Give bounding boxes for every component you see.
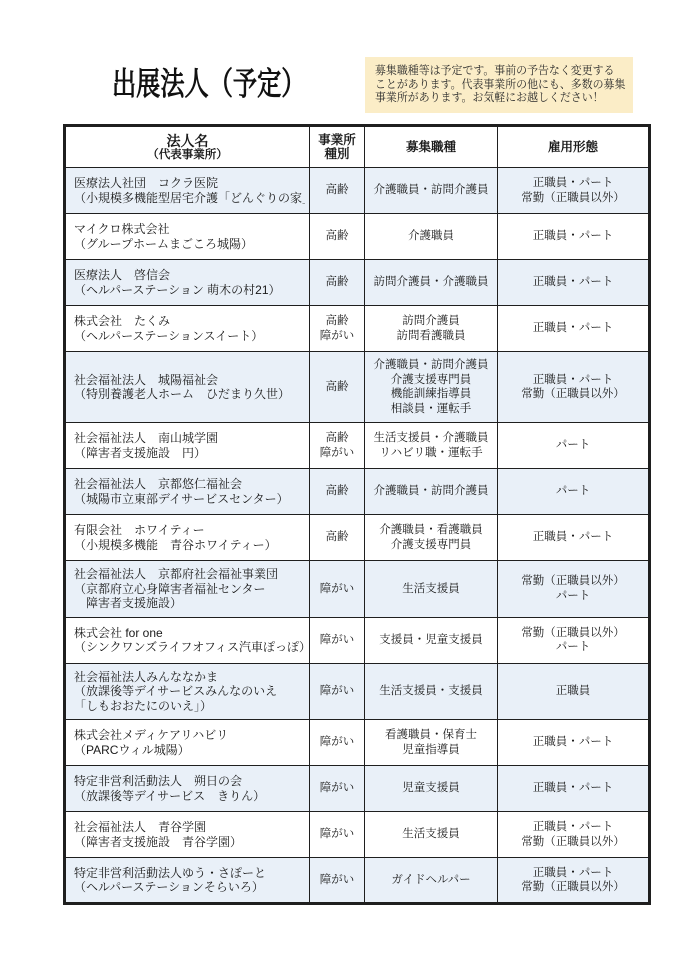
cell-text-line: 介護支援専門員 <box>368 538 494 553</box>
cell-text-line: 高齢 <box>313 530 361 545</box>
corporation-name-cell: 株式会社 たくみ（ヘルパーステーションスイート） <box>65 306 310 352</box>
cell-text-line: 「しもおおたにのいえ」） <box>74 699 305 714</box>
cell-text-line: 正職員・パート <box>501 735 645 750</box>
cell-text-line: 正職員・パート <box>501 176 645 191</box>
cell-text-line: 児童指導員 <box>368 743 494 758</box>
table-row: 有限会社 ホワイティー（小規模多機能 青谷ホワイティー）高齢介護職員・看護職員介… <box>65 515 650 561</box>
cell-text-line: 常勤（正職員以外） <box>501 574 645 589</box>
cell-text-line: 高齢 <box>313 484 361 499</box>
employment-cell: 正職員・パート常勤（正職員以外） <box>498 168 650 214</box>
cell-text-line: （障害者支援施設 青谷学園） <box>74 835 305 850</box>
positions-cell: 介護職員・訪問介護員介護支援専門員機能訓練指導員相談員・運転手 <box>365 352 498 423</box>
cell-text-line: （城陽市立東部デイサービスセンター） <box>74 492 305 507</box>
cell-text-line: 介護職員 <box>368 229 494 244</box>
cell-text-line: 正職員 <box>501 684 645 699</box>
cell-text-line: 高齢 <box>313 229 361 244</box>
cell-text-line: 高齢 <box>313 275 361 290</box>
cell-text-line: 特定非営利活動法人ゆう・さぽーと <box>74 866 305 881</box>
cell-text-line: 訪問介護員・介護職員 <box>368 275 494 290</box>
office-type-cell: 障がい <box>310 561 365 618</box>
cell-text-line: （ヘルパーステーションスイート） <box>74 329 305 344</box>
cell-text-line: （グループホームまごころ城陽） <box>74 237 305 252</box>
office-type-cell: 障がい <box>310 617 365 663</box>
employment-cell: パート <box>498 423 650 469</box>
cell-text-line: 社会福祉法人 城陽福祉会 <box>74 373 305 388</box>
table-row: 社会福祉法人みんななかま（放課後等デイサービスみんなのいえ「しもおおたにのいえ」… <box>65 663 650 720</box>
column-header-employment: 雇用形態 <box>498 126 650 168</box>
cell-text-line: 医療法人社団 コクラ医院 <box>74 176 305 191</box>
cell-text-line: 正職員・パート <box>501 781 645 796</box>
cell-text-line: 障がい <box>313 827 361 842</box>
cell-text-line: 正職員・パート <box>501 321 645 336</box>
table-row: 医療法人 啓信会（ヘルパーステーション 萌木の村21）高齢訪問介護員・介護職員正… <box>65 260 650 306</box>
office-type-cell: 高齢 <box>310 352 365 423</box>
document-page: 出展法人（予定） 募集職種等は予定です。事前の予告なく変更する ことがあります。… <box>0 0 678 960</box>
office-type-cell: 高齢障がい <box>310 423 365 469</box>
cell-text-line: 生活支援員・支援員 <box>368 684 494 699</box>
office-type-cell: 障がい <box>310 663 365 720</box>
positions-cell: 生活支援員・支援員 <box>365 663 498 720</box>
employment-cell: 正職員・パート <box>498 515 650 561</box>
cell-text-line: パート <box>501 438 645 453</box>
office-type-cell: 障がい <box>310 766 365 812</box>
table-row: 社会福祉法人 青谷学園（障害者支援施設 青谷学園）障がい生活支援員正職員・パート… <box>65 812 650 858</box>
corporation-name-cell: 社会福祉法人 城陽福祉会（特別養護老人ホーム ひだまり久世） <box>65 352 310 423</box>
cell-text-line: 株式会社 for one <box>74 626 305 641</box>
column-header-office-type: 事業所 種別 <box>310 126 365 168</box>
table-row: 株式会社 たくみ（ヘルパーステーションスイート）高齢障がい訪問介護員訪問看護職員… <box>65 306 650 352</box>
office-type-cell: 高齢 <box>310 168 365 214</box>
column-header-corporation-sub: （代表事業所） <box>68 149 307 162</box>
cell-text-line: （ヘルパーステーション 萌木の村21） <box>74 283 305 298</box>
positions-cell: 児童支援員 <box>365 766 498 812</box>
cell-text-line: 生活支援員 <box>368 582 494 597</box>
table-row: 社会福祉法人 南山城学園（障害者支援施設 円）高齢障がい生活支援員・介護職員リハ… <box>65 423 650 469</box>
cell-text-line: ガイドヘルパー <box>368 873 494 888</box>
cell-text-line: 生活支援員 <box>368 827 494 842</box>
cell-text-line: 障がい <box>313 781 361 796</box>
positions-cell: 支援員・児童支援員 <box>365 617 498 663</box>
cell-text-line: （特別養護老人ホーム ひだまり久世） <box>74 387 305 402</box>
table-row: 特定非営利活動法人 朔日の会（放課後等デイサービス きりん）障がい児童支援員正職… <box>65 766 650 812</box>
positions-cell: 生活支援員 <box>365 561 498 618</box>
employment-cell: パート <box>498 469 650 515</box>
corporation-name-cell: 特定非営利活動法人ゆう・さぽーと（ヘルパーステーションそらいろ） <box>65 858 310 904</box>
employment-cell: 正職員・パート <box>498 766 650 812</box>
positions-cell: 介護職員 <box>365 214 498 260</box>
cell-text-line: 介護職員・訪問介護員 <box>368 358 494 373</box>
cell-text-line: 社会福祉法人 京都府社会福祉事業団 <box>74 567 305 582</box>
corporation-name-cell: 特定非営利活動法人 朔日の会（放課後等デイサービス きりん） <box>65 766 310 812</box>
cell-text-line: 障がい <box>313 446 361 461</box>
table-row: 医療法人社団 コクラ医院（小規模多機能型居宅介護「どんぐりの家」）高齢介護職員・… <box>65 168 650 214</box>
cell-text-line: 常勤（正職員以外） <box>501 387 645 402</box>
cell-text-line: 訪問介護員 <box>368 314 494 329</box>
cell-text-line: 常勤（正職員以外） <box>501 626 645 641</box>
cell-text-line: 看護職員・保育士 <box>368 728 494 743</box>
employment-cell: 正職員 <box>498 663 650 720</box>
notice-text-line: 募集職種等は予定です。事前の予告なく変更する <box>375 65 611 79</box>
notice-box: 募集職種等は予定です。事前の予告なく変更する ことがあります。代表事業所の他にも… <box>365 57 633 113</box>
positions-cell: 介護職員・訪問介護員 <box>365 168 498 214</box>
column-header-corporation: 法人名 （代表事業所） <box>65 126 310 168</box>
cell-text-line: 介護職員・訪問介護員 <box>368 183 494 198</box>
cell-text-line: 医療法人 啓信会 <box>74 268 305 283</box>
cell-text-line: （ヘルパーステーションそらいろ） <box>74 880 305 895</box>
employment-cell: 正職員・パート <box>498 306 650 352</box>
positions-cell: 訪問介護員・介護職員 <box>365 260 498 306</box>
employment-cell: 常勤（正職員以外）パート <box>498 561 650 618</box>
cell-text-line: 児童支援員 <box>368 781 494 796</box>
corporation-name-cell: 株式会社メディケアリハビリ（PARCウィル城陽） <box>65 720 310 766</box>
cell-text-line: 社会福祉法人 京都悠仁福祉会 <box>74 477 305 492</box>
cell-text-line: マイクロ株式会社 <box>74 222 305 237</box>
cell-text-line: 障がい <box>313 329 361 344</box>
employment-cell: 正職員・パート <box>498 260 650 306</box>
positions-cell: 介護職員・訪問介護員 <box>365 469 498 515</box>
cell-text-line: （PARCウィル城陽） <box>74 743 305 758</box>
cell-text-line: （京都府立心身障害者福祉センター <box>74 582 305 597</box>
cell-text-line: 正職員・パート <box>501 275 645 290</box>
cell-text-line: 正職員・パート <box>501 530 645 545</box>
cell-text-line: 株式会社メディケアリハビリ <box>74 728 305 743</box>
table-row: 社会福祉法人 京都府社会福祉事業団（京都府立心身障害者福祉センター 障害者支援施… <box>65 561 650 618</box>
employment-cell: 正職員・パート <box>498 720 650 766</box>
office-type-cell: 障がい <box>310 812 365 858</box>
cell-text-line: 障害者支援施設） <box>74 596 305 611</box>
office-type-cell: 高齢 <box>310 515 365 561</box>
cell-text-line: 障がい <box>313 684 361 699</box>
corporation-name-cell: 社会福祉法人 青谷学園（障害者支援施設 青谷学園） <box>65 812 310 858</box>
cell-text-line: 正職員・パート <box>501 820 645 835</box>
employment-cell: 正職員・パート常勤（正職員以外） <box>498 352 650 423</box>
cell-text-line: 相談員・運転手 <box>368 402 494 417</box>
cell-text-line: 社会福祉法人みんななかま <box>74 670 305 685</box>
office-type-cell: 高齢 <box>310 260 365 306</box>
column-header-office-type-line1: 事業所 <box>312 133 362 147</box>
cell-text-line: （小規模多機能型居宅介護「どんぐりの家」） <box>74 191 305 206</box>
cell-text-line: 障がい <box>313 582 361 597</box>
cell-text-line: 訪問看護職員 <box>368 329 494 344</box>
positions-cell: ガイドヘルパー <box>365 858 498 904</box>
cell-text-line: 障がい <box>313 873 361 888</box>
cell-text-line: 社会福祉法人 青谷学園 <box>74 820 305 835</box>
cell-text-line: 常勤（正職員以外） <box>501 191 645 206</box>
corporation-name-cell: 社会福祉法人 京都府社会福祉事業団（京都府立心身障害者福祉センター 障害者支援施… <box>65 561 310 618</box>
cell-text-line: 高齢 <box>313 380 361 395</box>
corporation-name-cell: 社会福祉法人 京都悠仁福祉会（城陽市立東部デイサービスセンター） <box>65 469 310 515</box>
corporation-name-cell: 社会福祉法人 南山城学園（障害者支援施設 円） <box>65 423 310 469</box>
table-row: 株式会社 for one（シンクワンズライフオフィス汽車ぽっぽ）障がい支援員・児… <box>65 617 650 663</box>
cell-text-line: 特定非営利活動法人 朔日の会 <box>74 774 305 789</box>
corporation-name-cell: 医療法人 啓信会（ヘルパーステーション 萌木の村21） <box>65 260 310 306</box>
cell-text-line: （シンクワンズライフオフィス汽車ぽっぽ） <box>74 640 305 655</box>
cell-text-line: リハビリ職・運転手 <box>368 446 494 461</box>
cell-text-line: 高齢 <box>313 431 361 446</box>
employment-cell: 常勤（正職員以外）パート <box>498 617 650 663</box>
page-title: 出展法人（予定） <box>112 58 305 104</box>
positions-cell: 生活支援員 <box>365 812 498 858</box>
employment-cell: 正職員・パート常勤（正職員以外） <box>498 858 650 904</box>
cell-text-line: 常勤（正職員以外） <box>501 835 645 850</box>
table-row: 社会福祉法人 城陽福祉会（特別養護老人ホーム ひだまり久世）高齢介護職員・訪問介… <box>65 352 650 423</box>
exhibitor-table-container: 法人名 （代表事業所） 事業所 種別 募集職種 雇用形態 医療法人社団 コクラ医… <box>63 124 648 905</box>
positions-cell: 介護職員・看護職員介護支援専門員 <box>365 515 498 561</box>
cell-text-line: 正職員・パート <box>501 373 645 388</box>
corporation-name-cell: 医療法人社団 コクラ医院（小規模多機能型居宅介護「どんぐりの家」） <box>65 168 310 214</box>
cell-text-line: 介護職員・看護職員 <box>368 523 494 538</box>
table-header: 法人名 （代表事業所） 事業所 種別 募集職種 雇用形態 <box>65 126 650 168</box>
cell-text-line: （障害者支援施設 円） <box>74 446 305 461</box>
cell-text-line: （小規模多機能 青谷ホワイティー） <box>74 538 305 553</box>
column-header-corporation-main: 法人名 <box>68 133 307 149</box>
table-body: 医療法人社団 コクラ医院（小規模多機能型居宅介護「どんぐりの家」）高齢介護職員・… <box>65 168 650 904</box>
cell-text-line: パート <box>501 640 645 655</box>
office-type-cell: 高齢障がい <box>310 306 365 352</box>
cell-text-line: 生活支援員・介護職員 <box>368 431 494 446</box>
table-row: マイクロ株式会社（グループホームまごころ城陽）高齢介護職員正職員・パート <box>65 214 650 260</box>
cell-text-line: 社会福祉法人 南山城学園 <box>74 431 305 446</box>
column-header-positions: 募集職種 <box>365 126 498 168</box>
cell-text-line: 正職員・パート <box>501 866 645 881</box>
cell-text-line: 有限会社 ホワイティー <box>74 523 305 538</box>
office-type-cell: 障がい <box>310 720 365 766</box>
cell-text-line: （放課後等デイサービスみんなのいえ <box>74 684 305 699</box>
office-type-cell: 高齢 <box>310 214 365 260</box>
table-row: 株式会社メディケアリハビリ（PARCウィル城陽）障がい看護職員・保育士児童指導員… <box>65 720 650 766</box>
office-type-cell: 障がい <box>310 858 365 904</box>
positions-cell: 訪問介護員訪問看護職員 <box>365 306 498 352</box>
cell-text-line: パート <box>501 589 645 604</box>
cell-text-line: 支援員・児童支援員 <box>368 633 494 648</box>
cell-text-line: 障がい <box>313 735 361 750</box>
table-row: 特定非営利活動法人ゆう・さぽーと（ヘルパーステーションそらいろ）障がいガイドヘル… <box>65 858 650 904</box>
table-row: 社会福祉法人 京都悠仁福祉会（城陽市立東部デイサービスセンター）高齢介護職員・訪… <box>65 469 650 515</box>
cell-text-line: 介護職員・訪問介護員 <box>368 484 494 499</box>
corporation-name-cell: 株式会社 for one（シンクワンズライフオフィス汽車ぽっぽ） <box>65 617 310 663</box>
positions-cell: 看護職員・保育士児童指導員 <box>365 720 498 766</box>
notice-text-line: ことがあります。代表事業所の他にも、多数の募集 <box>375 79 611 93</box>
cell-text-line: 正職員・パート <box>501 229 645 244</box>
employment-cell: 正職員・パート <box>498 214 650 260</box>
positions-cell: 生活支援員・介護職員リハビリ職・運転手 <box>365 423 498 469</box>
cell-text-line: 介護支援専門員 <box>368 373 494 388</box>
cell-text-line: 高齢 <box>313 314 361 329</box>
column-header-office-type-line2: 種別 <box>312 147 362 161</box>
office-type-cell: 高齢 <box>310 469 365 515</box>
cell-text-line: 障がい <box>313 633 361 648</box>
corporation-name-cell: 有限会社 ホワイティー（小規模多機能 青谷ホワイティー） <box>65 515 310 561</box>
cell-text-line: 高齢 <box>313 183 361 198</box>
notice-text-line: 事業所があります。お気軽にお越しください！ <box>375 92 611 106</box>
cell-text-line: 機能訓練指導員 <box>368 387 494 402</box>
exhibitor-table: 法人名 （代表事業所） 事業所 種別 募集職種 雇用形態 医療法人社団 コクラ医… <box>63 124 651 905</box>
cell-text-line: 株式会社 たくみ <box>74 314 305 329</box>
cell-text-line: 常勤（正職員以外） <box>501 880 645 895</box>
table-header-row: 法人名 （代表事業所） 事業所 種別 募集職種 雇用形態 <box>65 126 650 168</box>
cell-text-line: （放課後等デイサービス きりん） <box>74 789 305 804</box>
cell-text-line: パート <box>501 484 645 499</box>
employment-cell: 正職員・パート常勤（正職員以外） <box>498 812 650 858</box>
corporation-name-cell: マイクロ株式会社（グループホームまごころ城陽） <box>65 214 310 260</box>
corporation-name-cell: 社会福祉法人みんななかま（放課後等デイサービスみんなのいえ「しもおおたにのいえ」… <box>65 663 310 720</box>
